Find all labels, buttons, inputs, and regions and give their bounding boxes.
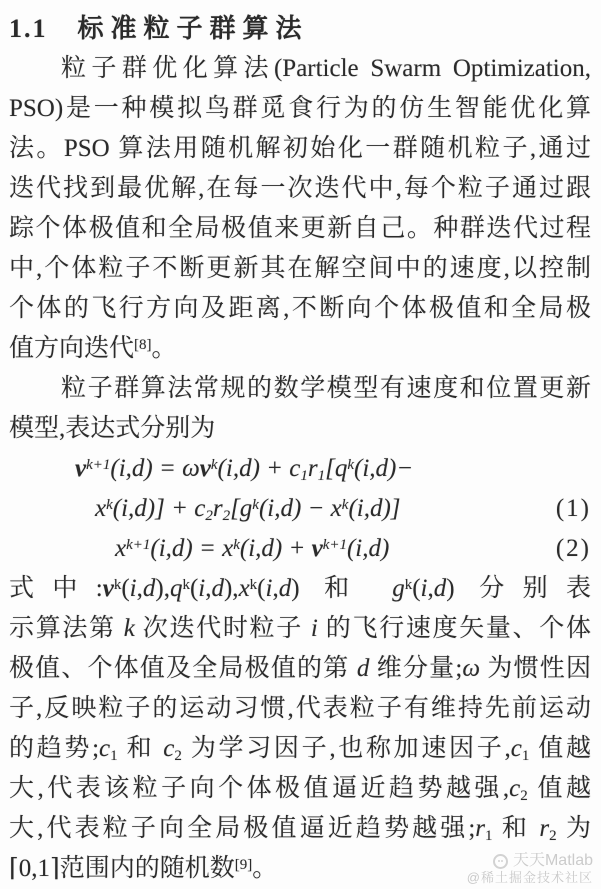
text-line: 模型,表达式分别为 xyxy=(9,409,591,449)
line-text: 极值、个体值及全局极值的第 d 维分量;ω 为惯性因 xyxy=(9,655,591,682)
line-text: 式中:vk(i,d),qk(i,d),xk(i,d) 和 gk(i,d) 分别表 xyxy=(9,575,591,602)
line-text: 粒子群算法常规的数学模型有速度和位置更新 xyxy=(61,375,591,402)
text-line: 大,代表粒子向全局极值逼近趋势越强;r1 和 r2 为 xyxy=(9,809,591,849)
text-line: 粒子群算法常规的数学模型有速度和位置更新 xyxy=(9,369,591,409)
watermark-title: 天天Matlab xyxy=(513,852,593,870)
line-text: 大,代表该粒子向个体极值逼近趋势越强,c2 值越 xyxy=(9,775,591,802)
text-line: 子,反映粒子的运动习惯,代表粒子有维持先前运动 xyxy=(9,689,591,729)
watermark-subtitle: @稀土掘金技术社区 xyxy=(467,870,593,885)
text-line: 个体的飞行方向及距离,不断向个体极值和全局极 xyxy=(9,289,591,329)
formula-expression: vk+1(i,d) = ωvk(i,d) + c1r1[qk(i,d)− xyxy=(75,449,413,489)
text-line: 中,个体粒子不断更新其在解空间中的速度,以控制 xyxy=(9,249,591,289)
section-number: 1.1 xyxy=(9,14,48,43)
tiantian-matlab-logo-icon xyxy=(493,854,508,869)
formula-line: xk+1(i,d) = xk(i,d) + vk+1(i,d)(2) xyxy=(9,529,591,569)
content-column: 粒子群优化算法(Particle Swarm Optimization,PSO)… xyxy=(9,49,591,889)
line-text: 大,代表粒子向全局极值逼近趋势越强;r1 和 r2 为 xyxy=(9,815,591,842)
watermark: 天天Matlab @稀土掘金技术社区 xyxy=(467,852,593,885)
equation-number: (2) xyxy=(556,529,591,569)
document-page: 1.1标准粒子群算法 粒子群优化算法(Particle Swarm Optimi… xyxy=(0,0,601,889)
text-line: 大,代表该粒子向个体极值逼近趋势越强,c2 值越 xyxy=(9,769,591,809)
line-text: 迭代找到最优解,在每一次迭代中,每个粒子通过跟 xyxy=(9,175,591,202)
line-text: PSO)是一种模拟鸟群觅食行为的仿生智能优化算 xyxy=(9,95,591,122)
text-line: 粒子群优化算法(Particle Swarm Optimization, xyxy=(9,49,591,89)
equation-number: (1) xyxy=(556,489,591,529)
formula-line: xk(i,d)] + c2r2[gk(i,d) − xk(i,d)](1) xyxy=(9,489,591,529)
line-text: 值方向迭代[8]。 xyxy=(9,335,177,362)
line-text: 示算法第 k 次迭代时粒子 i 的飞行速度矢量、个体 xyxy=(9,615,591,642)
line-text: ⌈0,1⌉范围内的随机数[9]。 xyxy=(9,855,277,882)
text-line: 的趋势;c1 和 c2 为学习因子,也称加速因子,c1 值越 xyxy=(9,729,591,769)
text-line: 迭代找到最优解,在每一次迭代中,每个粒子通过跟 xyxy=(9,169,591,209)
text-line: 法。PSO 算法用随机解初始化一群随机粒子,通过 xyxy=(9,129,591,169)
text-line: 值方向迭代[8]。 xyxy=(9,329,591,369)
formula-line: vk+1(i,d) = ωvk(i,d) + c1r1[qk(i,d)− xyxy=(9,449,591,489)
formula-expression: xk(i,d)] + c2r2[gk(i,d) − xk(i,d)] xyxy=(95,489,401,529)
line-text: 模型,表达式分别为 xyxy=(9,415,215,442)
section-heading: 1.1标准粒子群算法 xyxy=(9,9,591,49)
text-line: 踪个体极值和全局极值来更新自己。种群迭代过程 xyxy=(9,209,591,249)
line-text: 踪个体极值和全局极值来更新自己。种群迭代过程 xyxy=(9,215,591,242)
text-line: 式中:vk(i,d),qk(i,d),xk(i,d) 和 gk(i,d) 分别表 xyxy=(9,569,591,609)
formula-expression: xk+1(i,d) = xk(i,d) + vk+1(i,d) xyxy=(115,529,389,569)
line-text: 法。PSO 算法用随机解初始化一群随机粒子,通过 xyxy=(9,135,591,162)
line-text: 中,个体粒子不断更新其在解空间中的速度,以控制 xyxy=(9,255,591,282)
text-line: 示算法第 k 次迭代时粒子 i 的飞行速度矢量、个体 xyxy=(9,609,591,649)
watermark-title-row: 天天Matlab xyxy=(467,852,593,870)
line-text: 粒子群优化算法(Particle Swarm Optimization, xyxy=(61,55,591,82)
text-line: 极值、个体值及全局极值的第 d 维分量;ω 为惯性因 xyxy=(9,649,591,689)
text-line: PSO)是一种模拟鸟群觅食行为的仿生智能优化算 xyxy=(9,89,591,129)
section-title: 标准粒子群算法 xyxy=(78,14,309,43)
line-text: 个体的飞行方向及距离,不断向个体极值和全局极 xyxy=(9,295,591,322)
line-text: 的趋势;c1 和 c2 为学习因子,也称加速因子,c1 值越 xyxy=(9,735,591,762)
line-text: 子,反映粒子的运动习惯,代表粒子有维持先前运动 xyxy=(9,695,591,722)
